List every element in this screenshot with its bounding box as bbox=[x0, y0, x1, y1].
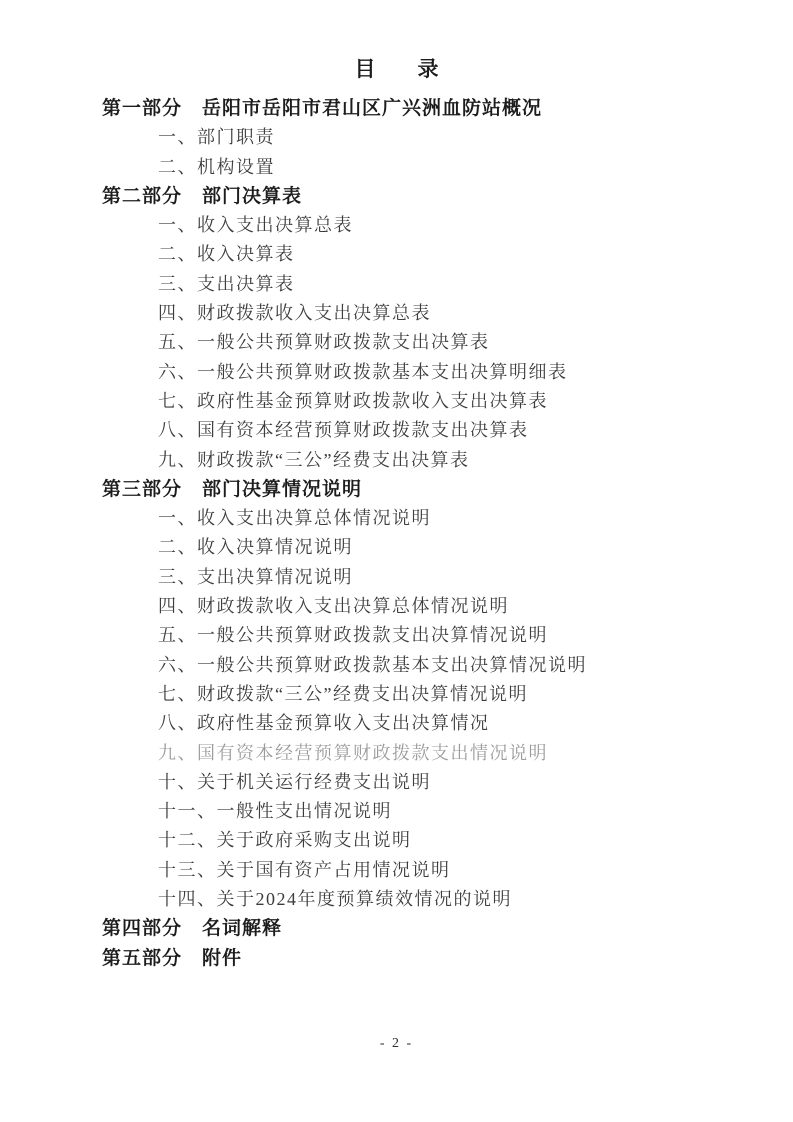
toc-entry: 七、财政拨款“三公”经费支出决算情况说明 bbox=[0, 680, 793, 709]
toc-entry: 十、关于机关运行经费支出说明 bbox=[0, 768, 793, 797]
toc-entry: 二、收入决算情况说明 bbox=[0, 533, 793, 562]
toc-entry: 二、收入决算表 bbox=[0, 240, 793, 269]
toc-entry: 七、政府性基金预算财政拨款收入支出决算表 bbox=[0, 387, 793, 416]
toc-entry: 一、收入支出决算总体情况说明 bbox=[0, 504, 793, 533]
toc-entry: 四、财政拨款收入支出决算总体情况说明 bbox=[0, 592, 793, 621]
toc-entry: 六、一般公共预算财政拨款基本支出决算明细表 bbox=[0, 358, 793, 387]
toc-entry: 十一、一般性支出情况说明 bbox=[0, 797, 793, 826]
toc-entry: 五、一般公共预算财政拨款支出决算情况说明 bbox=[0, 621, 793, 650]
toc-entry: 一、收入支出决算总表 bbox=[0, 211, 793, 240]
toc-section-heading-part5: 第五部分 附件 bbox=[0, 944, 793, 973]
toc-section-heading-part1: 第一部分 岳阳市岳阳市君山区广兴洲血防站概况 bbox=[0, 94, 793, 123]
document-title: 目 录 bbox=[0, 54, 793, 84]
toc-section-heading-part3: 第三部分 部门决算情况说明 bbox=[0, 475, 793, 504]
toc-entry: 一、部门职责 bbox=[0, 123, 793, 152]
toc-entry-muted: 九、国有资本经营预算财政拨款支出情况说明 bbox=[0, 739, 793, 768]
toc-section-heading-part4: 第四部分 名词解释 bbox=[0, 914, 793, 943]
toc-entry: 三、支出决算表 bbox=[0, 270, 793, 299]
toc-entry: 三、支出决算情况说明 bbox=[0, 563, 793, 592]
toc-entry: 二、机构设置 bbox=[0, 153, 793, 182]
toc-entry: 九、财政拨款“三公”经费支出决算表 bbox=[0, 446, 793, 475]
page-number: - 2 - bbox=[0, 1036, 793, 1052]
toc-entry: 十三、关于国有资产占用情况说明 bbox=[0, 856, 793, 885]
toc-entry: 十四、关于2024年度预算绩效情况的说明 bbox=[0, 885, 793, 914]
toc-entry: 八、国有资本经营预算财政拨款支出决算表 bbox=[0, 416, 793, 445]
toc-entry: 四、财政拨款收入支出决算总表 bbox=[0, 299, 793, 328]
table-of-contents: 第一部分 岳阳市岳阳市君山区广兴洲血防站概况 一、部门职责 二、机构设置 第二部… bbox=[0, 94, 793, 973]
toc-entry: 五、一般公共预算财政拨款支出决算表 bbox=[0, 328, 793, 357]
document-page: 目 录 第一部分 岳阳市岳阳市君山区广兴洲血防站概况 一、部门职责 二、机构设置… bbox=[0, 0, 793, 1122]
toc-entry: 六、一般公共预算财政拨款基本支出决算情况说明 bbox=[0, 651, 793, 680]
toc-section-heading-part2: 第二部分 部门决算表 bbox=[0, 182, 793, 211]
toc-entry: 十二、关于政府采购支出说明 bbox=[0, 826, 793, 855]
toc-entry: 八、政府性基金预算收入支出决算情况 bbox=[0, 709, 793, 738]
